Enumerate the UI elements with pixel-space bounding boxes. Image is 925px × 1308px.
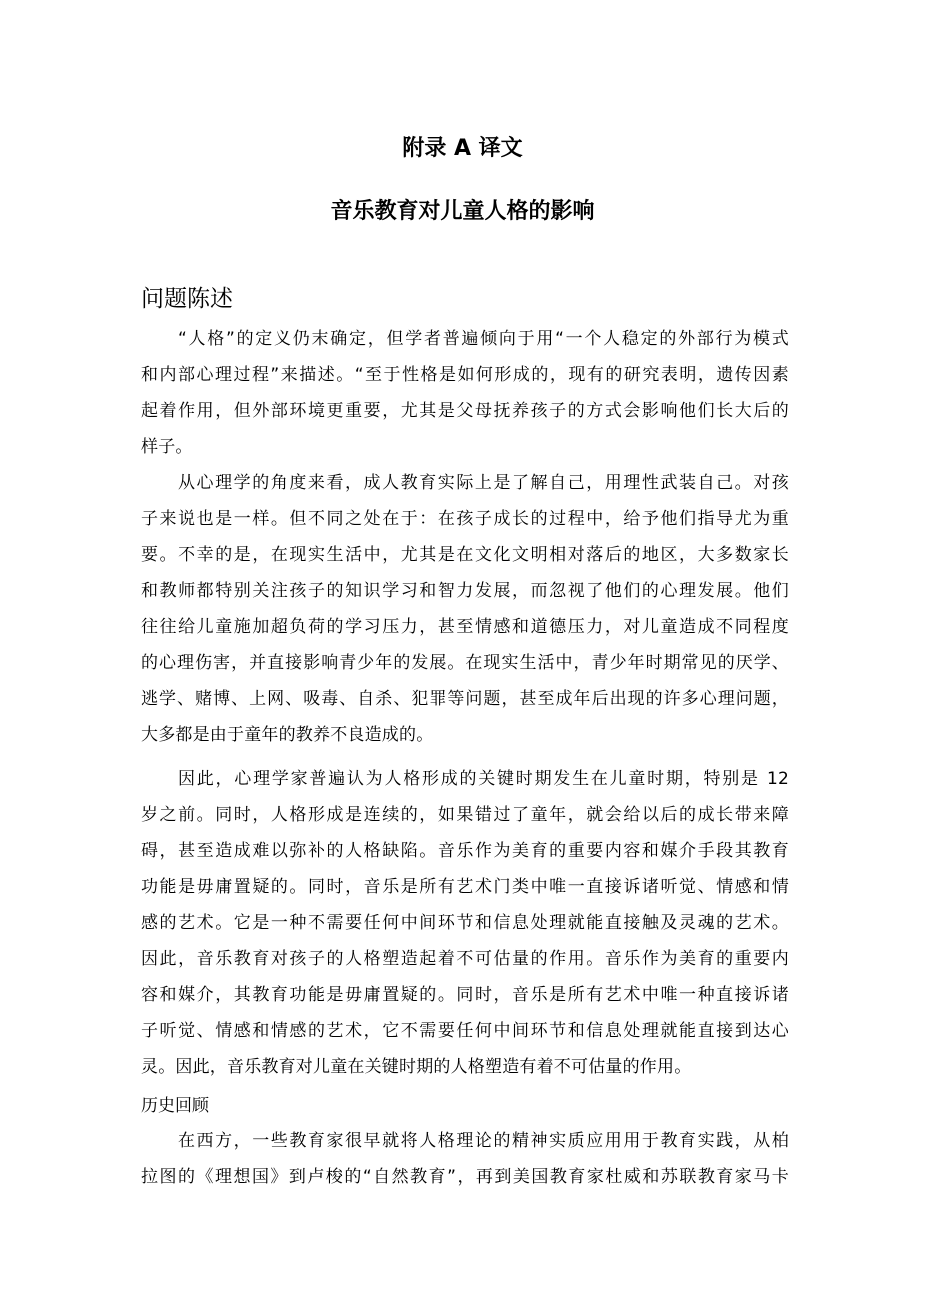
paragraph-line: 灵。因此，音乐教育对儿童在关键时期的人格塑造有着不可估量的作用。 (141, 1054, 789, 1080)
paragraph-line: 拉图的《理想国》到卢梭的“自然教育”，再到美国教育家杜威和苏联教育家马卡 (141, 1164, 789, 1190)
paragraph-line: 岁之前。同时，人格形成是连续的，如果错过了童年，就会给以后的成长带来障 (141, 802, 789, 828)
section-heading-problem-statement: 问题陈述 (141, 284, 233, 314)
paragraph-line: 和教师都特别关注孩子的知识学习和智力发展，而忽视了他们的心理发展。他们 (141, 578, 789, 604)
paragraph-line: 和内部心理过程”来描述。“至于性格是如何形成的，现有的研究表明，遗传因素 (141, 362, 789, 388)
paragraph-line: 大多都是由于童年的教养不良造成的。 (141, 722, 789, 748)
paragraph-line: 往往给儿童施加超负荷的学习压力，甚至情感和道德压力，对儿童造成不同程度 (141, 614, 789, 640)
paragraph-line: 子听觉、情感和情感的艺术，它不需要任何中间环节和信息处理就能直接到达心 (141, 1018, 789, 1044)
paragraph-line: 因此，音乐教育对孩子的人格塑造起着不可估量的作用。音乐作为美育的重要内 (141, 946, 789, 972)
paragraph-line: 因此，心理学家普遍认为人格形成的关键时期发生在儿童时期，特别是 12 (178, 766, 789, 792)
article-title: 音乐教育对儿童人格的影响 (0, 197, 925, 227)
paragraph-line: 样子。 (141, 434, 789, 460)
appendix-title: 附录 A 译文 (0, 134, 925, 164)
paragraph-line: 逃学、赌博、上网、吸毒、自杀、犯罪等问题，甚至成年后出现的许多心理问题， (141, 686, 789, 712)
paragraph-line: 容和媒介，其教育功能是毋庸置疑的。同时，音乐是所有艺术中唯一种直接诉诸 (141, 982, 789, 1008)
paragraph-line: 要。不幸的是，在现实生活中，尤其是在文化文明相对落后的地区，大多数家长 (141, 542, 789, 568)
paragraph-line: 子来说也是一样。但不同之处在于：在孩子成长的过程中，给予他们指导尤为重 (141, 506, 789, 532)
paragraph-line: 起着作用，但外部环境更重要，尤其是父母抚养孩子的方式会影响他们长大后的 (141, 398, 789, 424)
paragraph-line: 从心理学的角度来看，成人教育实际上是了解自己，用理性武装自己。对孩 (178, 470, 789, 496)
paragraph-line: 感的艺术。它是一种不需要任何中间环节和信息处理就能直接触及灵魂的艺术。 (141, 910, 789, 936)
paragraph-line: “人格”的定义仍末确定，但学者普遍倾向于用“一个人稳定的外部行为模式 (178, 326, 789, 352)
paragraph-line: 功能是毋庸置疑的。同时，音乐是所有艺术门类中唯一直接诉诸听觉、情感和情 (141, 874, 789, 900)
section-heading-historical-review: 历史回顾 (141, 1093, 209, 1119)
paragraph-line: 的心理伤害，并直接影响青少年的发展。在现实生活中，青少年时期常见的厌学、 (141, 650, 789, 676)
paragraph-line: 碍，甚至造成难以弥补的人格缺陷。音乐作为美育的重要内容和媒介手段其教育 (141, 838, 789, 864)
paragraph-line: 在西方，一些教育家很早就将人格理论的精神实质应用用于教育实践，从柏 (178, 1128, 789, 1154)
